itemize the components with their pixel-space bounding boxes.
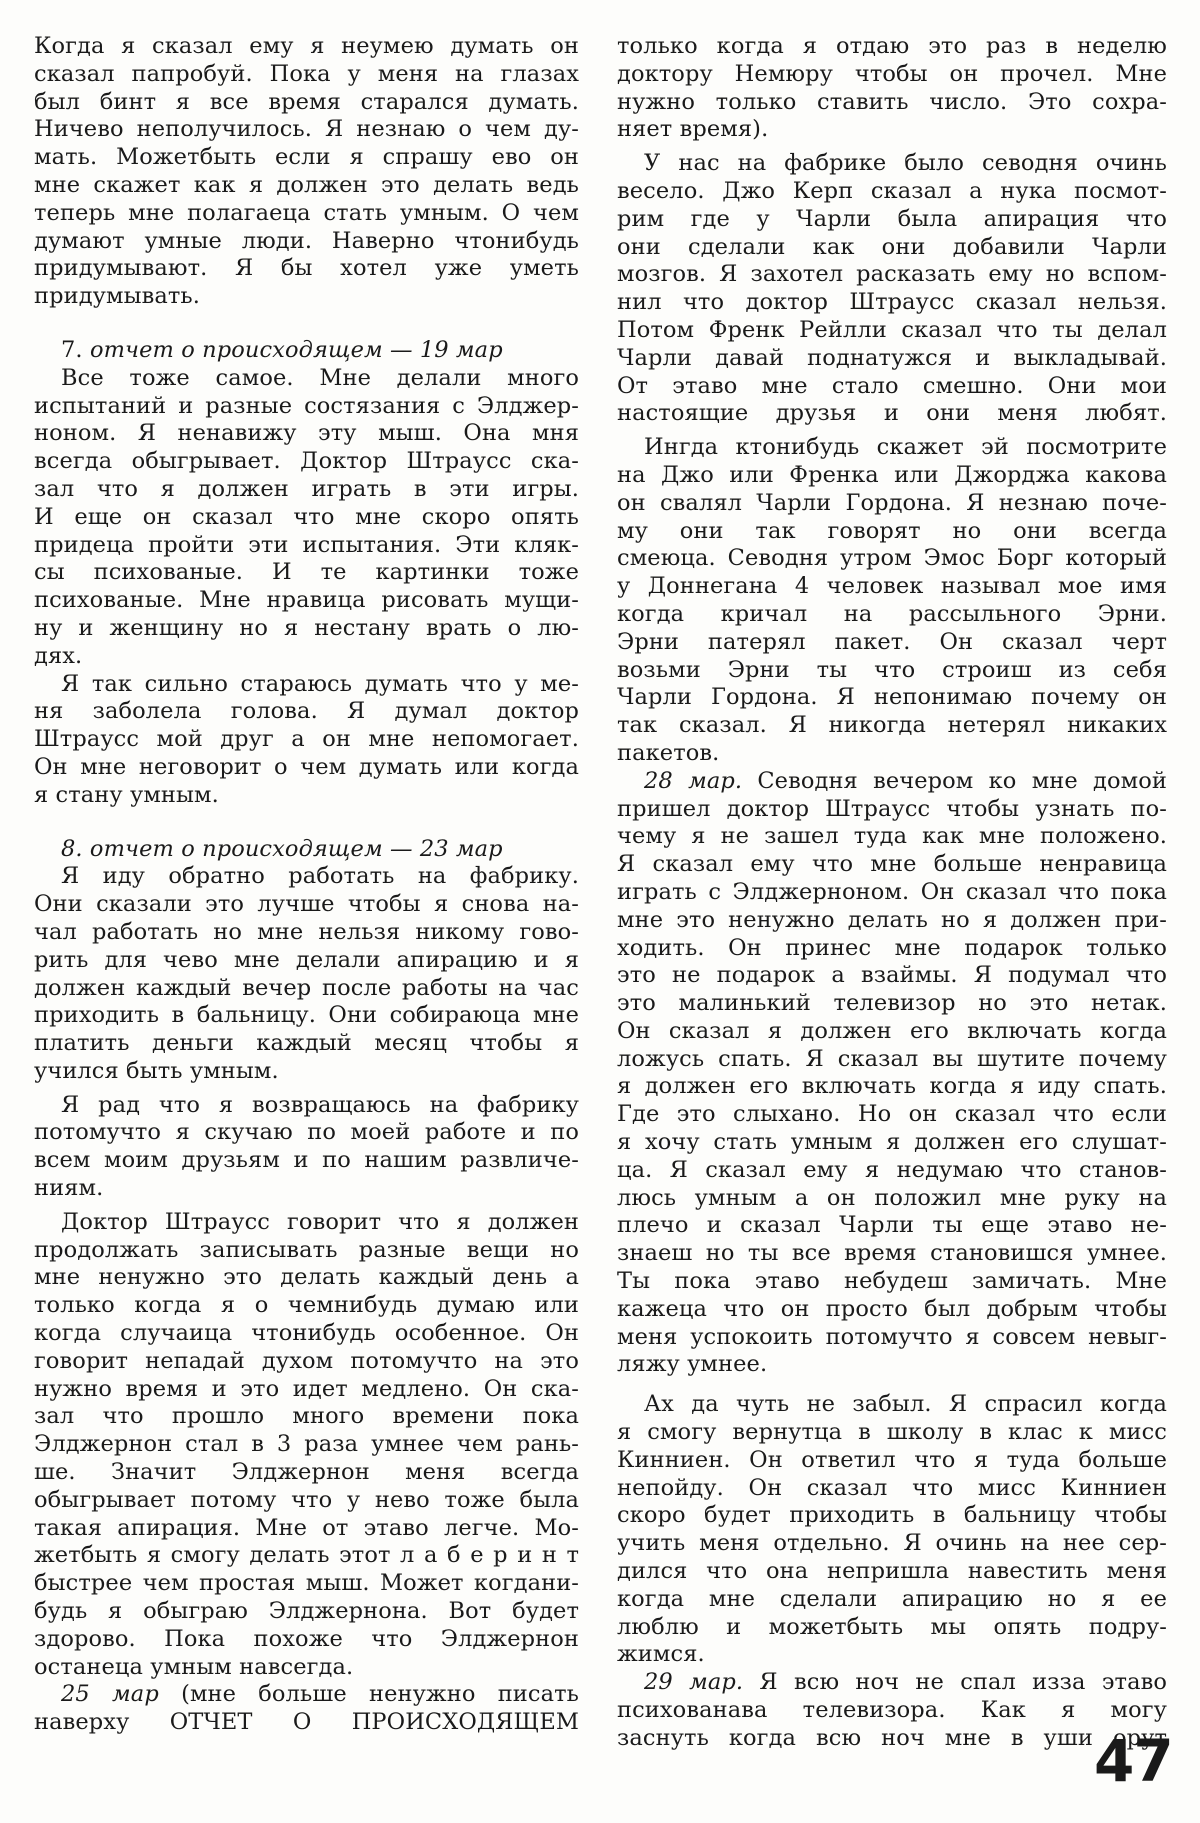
text-line: это не подарок а взаймы. Я подумал что	[617, 962, 1167, 990]
text-line: настоящие друзья и они меня любят.	[617, 400, 1167, 428]
text-line: му они так говорят но они всегда	[617, 518, 1167, 546]
text-line: Чарли Гордона. Я непонимаю почему он	[617, 684, 1167, 712]
text-line: мне ненужно это делать каждый день а	[34, 1264, 579, 1292]
text-line: люблю и можетбыть мы опять подру-	[617, 1614, 1167, 1642]
text-line: нужно только ставить число. Это сохра-	[617, 89, 1167, 117]
entry-date: 25 мар	[61, 1681, 159, 1707]
text-line: мне скажет как я должен это делать ведь	[34, 172, 579, 200]
text-line: Кинниен. Он ответил что я туда больше	[617, 1447, 1167, 1475]
text-line: они сделали как они добавили Чарли	[617, 234, 1167, 262]
spacer	[34, 311, 579, 337]
text-line: Доктор Штраусс говорит что я должен	[34, 1209, 579, 1237]
text-line: Я рад что я возвращаюсь на фабрику	[34, 1092, 579, 1120]
text-line: рить для чево мне делали апирацию и я	[34, 947, 579, 975]
section-heading-8: 8. отчет о происходящем — 23 мар	[34, 836, 579, 864]
text-line: жетбыть я смогу делать этот л а б е р и …	[34, 1542, 579, 1570]
text-line: зал что прошло много времени пока	[34, 1403, 579, 1431]
text-line: всем моим друзьям и по нашим развличе-	[34, 1147, 579, 1175]
text-line: когда кричал на рассыльного Эрни.	[617, 601, 1167, 629]
text-line: я хочу стать умным я должен его слушат-	[617, 1129, 1167, 1157]
entry-date: 28 мар.	[644, 768, 742, 794]
paragraph: Ингда ктонибудь скажет эй посмотрите на …	[617, 434, 1167, 768]
text-line: приходить в бальницу. Они собираюца мне	[34, 1002, 579, 1030]
text-line: меня успокоить потомучто я совсем невыг-	[617, 1324, 1167, 1352]
text-line: ходить. Он принес мне подарок только	[617, 935, 1167, 963]
text-line: ца. Я сказал ему я недумаю что станов-	[617, 1157, 1167, 1185]
text-line: мне это ненужно делать но я должен при-	[617, 907, 1167, 935]
paragraph: Доктор Штраусс говорит что я должен прод…	[34, 1209, 579, 1682]
text-line: От этаво мне стало смешно. Они мои	[617, 373, 1167, 401]
text-line: нужно время и это идет медлено. Он ска-	[34, 1376, 579, 1404]
text-line: Он мне неговорит о чем думать или когда	[34, 754, 579, 782]
text-line: жимся.	[617, 1641, 1167, 1669]
text-line: Он сказал я должен его включать когда	[617, 1018, 1167, 1046]
text-line: Я иду обратно работать на фабрику.	[34, 863, 579, 891]
text-line: зал что я должен играть в эти игры.	[34, 476, 579, 504]
paragraph: Ах да чуть не забыл. Я спрасил когда я с…	[617, 1391, 1167, 1669]
entry-text: Я всю ноч не спал изза этаво	[743, 1669, 1167, 1695]
text-line: 29 мар. Я всю ноч не спал изза этаво	[617, 1669, 1167, 1697]
text-line: будь я обыграю Элджернона. Вот будет	[34, 1598, 579, 1626]
text-line: смеюца. Севодня утром Эмос Борг который	[617, 545, 1167, 573]
text-line: только когда я отдаю это раз в неделю	[617, 33, 1167, 61]
text-line: когда случаица чтонибудь особенное. Он	[34, 1320, 579, 1348]
text-line: должен каждый вечер после работы на час	[34, 975, 579, 1003]
paragraph: Все тоже самое. Мне делали много испытан…	[34, 365, 579, 671]
text-line: Они сказали это лучше чтобы я снова на-	[34, 891, 579, 919]
text-line: придеца пройти эти испытания. Эти кляк-	[34, 532, 579, 560]
text-line: И еще он сказал что мне скоро опять	[34, 504, 579, 532]
text-line: дился что она непришла навестить меня	[617, 1558, 1167, 1586]
text-line: Когда я сказал ему я неумею думать он	[34, 33, 579, 61]
entry-date: 29 мар.	[644, 1669, 743, 1695]
text-line: наверху ОТЧЕТ О ПРОИСХОДЯЩЕМ	[34, 1709, 579, 1737]
paragraph: Я так сильно стараюсь думать что у ме- н…	[34, 671, 579, 810]
text-line: пришел доктор Штраусс чтобы узнать по-	[617, 796, 1167, 824]
text-line: был бинт я все время старался думать.	[34, 89, 579, 117]
text-line: Эрни патерял пакет. Он сказал черт	[617, 629, 1167, 657]
text-line: учился быть умным.	[34, 1058, 579, 1086]
text-line: он свалял Чарли Гордона. Я незнаю поче-	[617, 490, 1167, 518]
text-line: знаеш но ты все время становишся умнее.	[617, 1240, 1167, 1268]
text-line: придумывают. Я бы хотел уже уметь	[34, 255, 579, 283]
text-line: Ингда ктонибудь скажет эй посмотрите	[617, 434, 1167, 462]
text-line: я смогу вернутца в школу в клас к мисс	[617, 1419, 1167, 1447]
text-line: я должен его включать когда я иду спать.	[617, 1073, 1167, 1101]
text-line: непойду. Он сказал что мисс Кинниен	[617, 1475, 1167, 1503]
text-line: психованые. Мне нравица рисовать мущи-	[34, 587, 579, 615]
text-line: продолжать записывать разные вещи но	[34, 1237, 579, 1265]
text-line: 28 мар. Севодня вечером ко мне домой	[617, 768, 1167, 796]
text-line: говорит непадай духом потомучто на это	[34, 1348, 579, 1376]
text-line: Ничево неполучилось. Я незнаю о чем ду-	[34, 116, 579, 144]
text-line: быстрее чем простая мыш. Может когдани-	[34, 1570, 579, 1598]
paragraph: 29 мар. Я всю ноч не спал изза этаво пси…	[617, 1669, 1167, 1752]
text-line: ну и женщину но я нестану врать о лю-	[34, 615, 579, 643]
heading-title: отчет о происходящем — 19 мар	[90, 337, 503, 363]
text-line: 25 мар (мне больше ненужно писать	[34, 1681, 579, 1709]
text-line: испытаний и разные состязания с Элджер-	[34, 393, 579, 421]
text-line: мозгов. Я захотел расказать ему но вспом…	[617, 261, 1167, 289]
text-line: весело. Джо Керп сказал а нука посмот-	[617, 178, 1167, 206]
text-line: рим где у Чарли была апирация что	[617, 206, 1167, 234]
text-line: заснуть когда всю ноч мне в уши орут	[617, 1725, 1167, 1753]
text-line: няет время).	[617, 116, 1167, 144]
text-line: думают умные люди. Наверно чтонибудь	[34, 228, 579, 256]
text-line: Потом Френк Рейлли сказал что ты делал	[617, 317, 1167, 345]
left-column: Когда я сказал ему я неумею думать он ск…	[34, 33, 579, 1737]
text-line: такая апирация. Мне от этаво легче. Мо-	[34, 1515, 579, 1543]
text-line: Штраусс мой друг а он мне непомогает.	[34, 726, 579, 754]
text-line: потомучто я скучаю по моей работе и по	[34, 1119, 579, 1147]
text-line: это малинький телевизор но это нетак.	[617, 990, 1167, 1018]
heading-number: 7.	[61, 337, 83, 363]
text-line: кажеца что он просто был добрым чтобы	[617, 1296, 1167, 1324]
text-line: играть с Элджерноном. Он сказал что пока	[617, 879, 1167, 907]
text-line: Элджернон стал в 3 раза умнее чем рань-	[34, 1431, 579, 1459]
text-line: Ах да чуть не забыл. Я спрасил когда	[617, 1391, 1167, 1419]
text-line: ня заболела голова. Я думал доктор	[34, 698, 579, 726]
text-line: Все тоже самое. Мне делали много	[34, 365, 579, 393]
entry-text: Севодня вечером ко мне домой	[742, 768, 1167, 794]
text-line: плечо и сказал Чарли ты еще этаво не-	[617, 1212, 1167, 1240]
text-line: ноном. Я ненавижу эту мыш. Она мня	[34, 420, 579, 448]
text-line: Где это слыхано. Но он сказал что если	[617, 1101, 1167, 1129]
paragraph: Когда я сказал ему я неумею думать он ск…	[34, 33, 579, 311]
text-line: останеца умным навсегда.	[34, 1654, 579, 1682]
text-line: здорово. Пока похоже что Элджернон	[34, 1626, 579, 1654]
text-line: возьми Эрни ты что строиш из себя	[617, 657, 1167, 685]
text-line: платить деньги каждый месяц чтобы я	[34, 1030, 579, 1058]
text-line: сказал папробуй. Пока у меня на глазах	[34, 61, 579, 89]
text-line: Я сказал ему что мне больше ненравица	[617, 851, 1167, 879]
text-line: у Доннегана 4 человек называл мое имя	[617, 573, 1167, 601]
text-line: только когда я о чемнибудь думаю или	[34, 1292, 579, 1320]
text-line: ше. Значит Элджернон меня всегда	[34, 1459, 579, 1487]
right-column: только когда я отдаю это раз в неделю до…	[617, 33, 1167, 1753]
paragraph: 28 мар. Севодня вечером ко мне домой при…	[617, 768, 1167, 1380]
text-line: всегда обыгрывает. Доктор Штраусс ска-	[34, 448, 579, 476]
text-line: нил что доктор Штраусс сказал нельзя.	[617, 289, 1167, 317]
text-line: ляжу умнее.	[617, 1351, 1167, 1379]
page-number: 47	[1094, 1727, 1173, 1795]
entry-text: (мне больше ненужно писать	[159, 1681, 579, 1707]
text-line: придумывать.	[34, 283, 579, 311]
text-line: мать. Можетбыть если я спрашу ево он	[34, 144, 579, 172]
paragraph: 25 мар (мне больше ненужно писать наверх…	[34, 1681, 579, 1737]
paragraph: только когда я отдаю это раз в неделю до…	[617, 33, 1167, 144]
text-line: теперь мне полагаеца стать умным. О чем	[34, 200, 579, 228]
text-line: пакетов.	[617, 740, 1167, 768]
text-line: ложусь спать. Я сказал вы шутите почему	[617, 1046, 1167, 1074]
text-line: Ты пока этаво небудеш замичать. Мне	[617, 1268, 1167, 1296]
text-line: люсь умным а он положил мне руку на	[617, 1185, 1167, 1213]
text-line: чал работать но мне нельзя никому гово-	[34, 919, 579, 947]
text-line: когда мне сделали апирацию но я ее	[617, 1586, 1167, 1614]
text-line: я стану умным.	[34, 782, 579, 810]
text-line: чему я не зашел туда как мне положено.	[617, 823, 1167, 851]
text-line: обыгрывает потому что у нево тоже была	[34, 1487, 579, 1515]
text-line: ниям.	[34, 1175, 579, 1203]
text-line: Чарли давай поднатужся и выкладывай.	[617, 345, 1167, 373]
text-line: сы психованые. И те картинки тоже	[34, 559, 579, 587]
section-heading-7: 7. отчет о происходящем — 19 мар	[34, 337, 579, 365]
text-line: У нас на фабрике было севодня очинь	[617, 150, 1167, 178]
text-line: так сказал. Я никогда нетерял никаких	[617, 712, 1167, 740]
text-line: психованава телевизора. Как я могу	[617, 1697, 1167, 1725]
text-line: дях.	[34, 643, 579, 671]
spacer	[34, 810, 579, 836]
text-line: на Джо или Френка или Джорджа какова	[617, 462, 1167, 490]
text-line: учить меня отдельно. Я очинь на нее сер-	[617, 1530, 1167, 1558]
paragraph: Я рад что я возвращаюсь на фабрику потом…	[34, 1092, 579, 1203]
text-line: доктору Немюру чтобы он прочел. Мне	[617, 61, 1167, 89]
text-line: Я так сильно стараюсь думать что у ме-	[34, 671, 579, 699]
text-line: скоро будет приходить в бальницу чтобы	[617, 1502, 1167, 1530]
paragraph: Я иду обратно работать на фабрику. Они с…	[34, 863, 579, 1085]
paragraph: У нас на фабрике было севодня очинь весе…	[617, 150, 1167, 428]
